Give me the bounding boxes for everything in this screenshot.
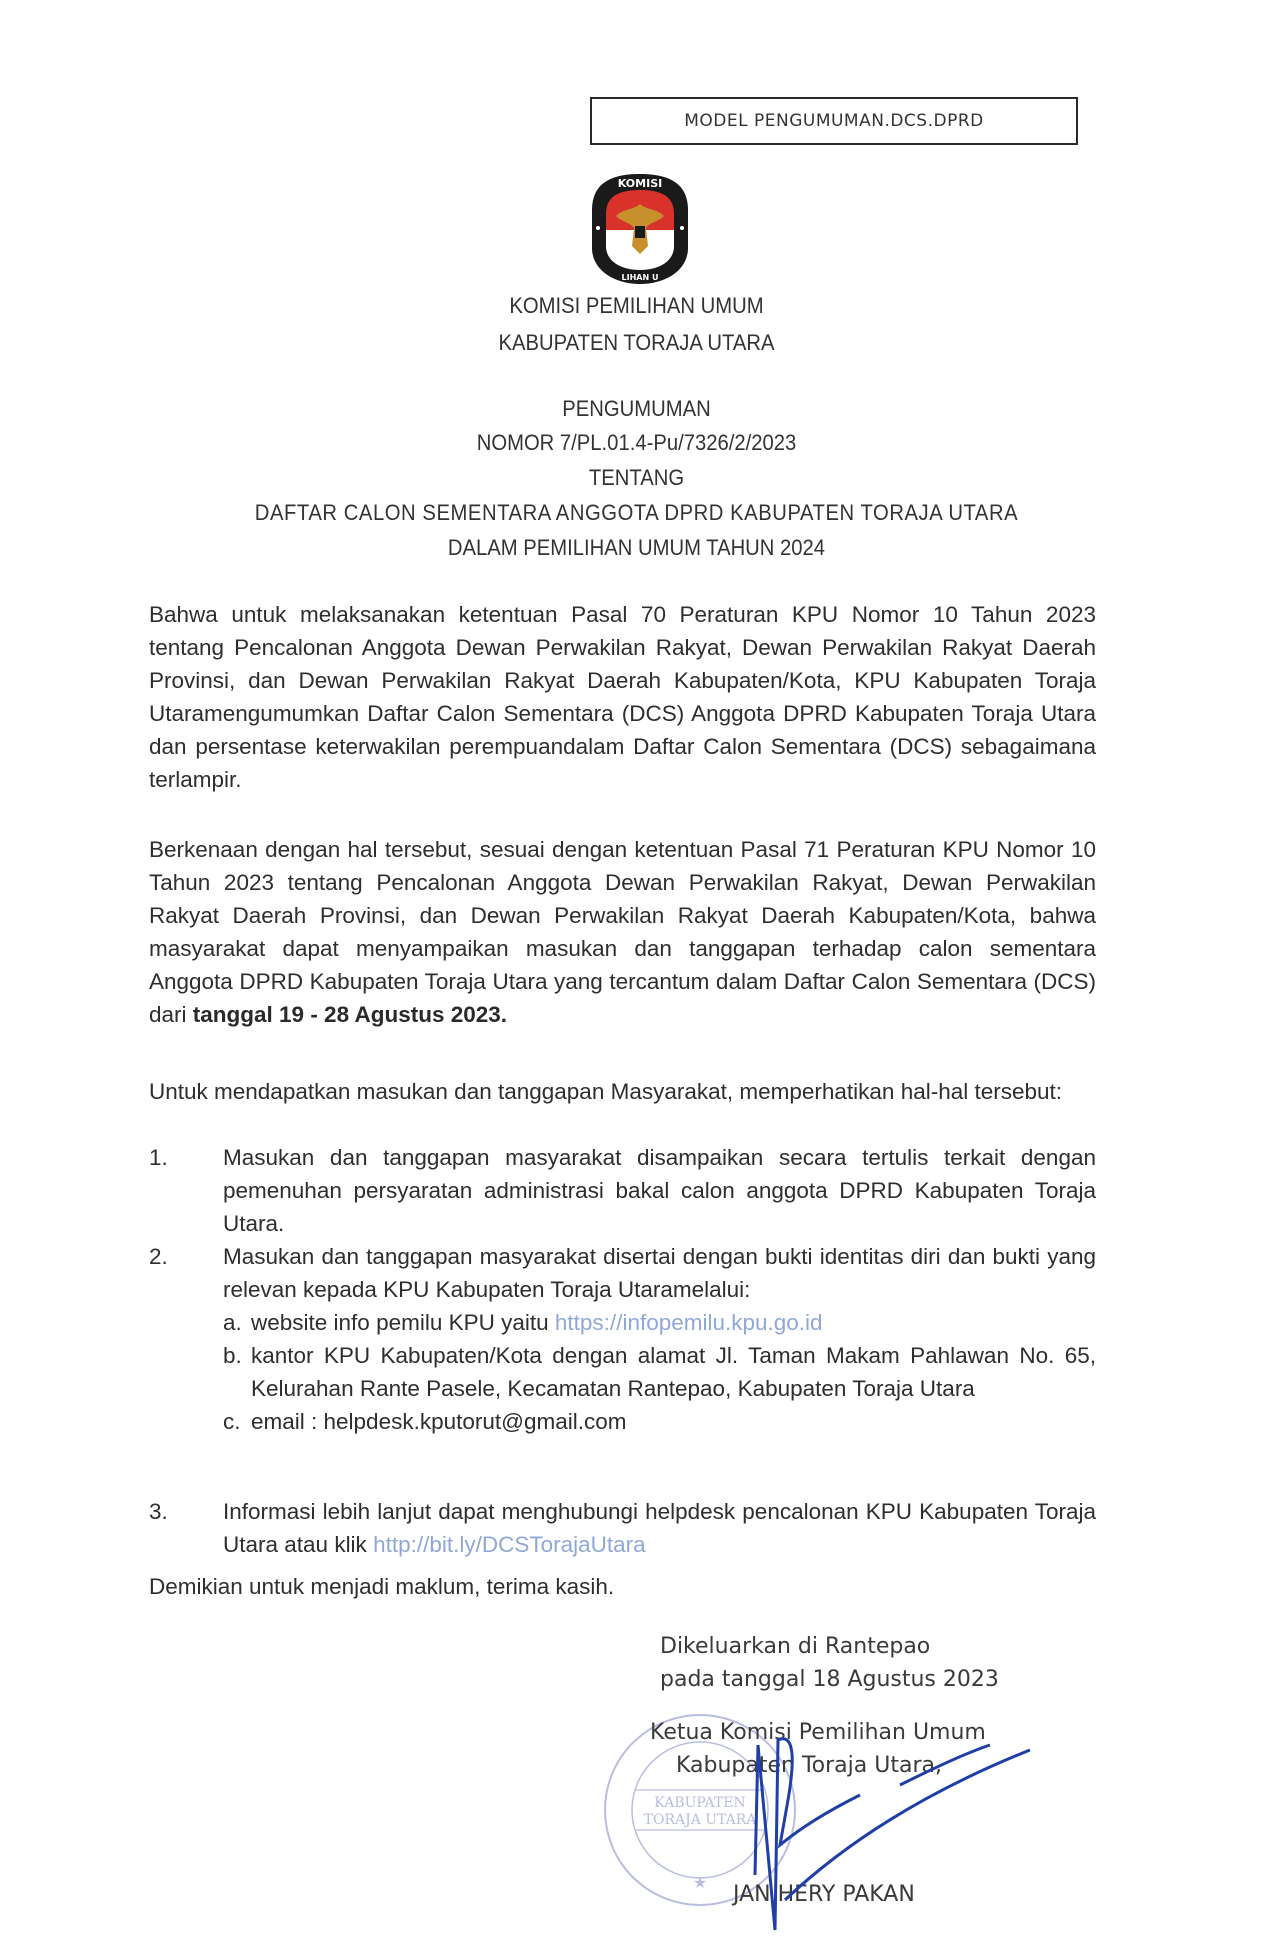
list-number: 2. <box>149 1240 168 1273</box>
model-label: MODEL PENGUMUMAN.DCS.DPRD <box>684 111 984 131</box>
svg-text:★: ★ <box>693 1873 707 1892</box>
infopemilu-link[interactable]: https://infopemilu.kpu.go.id <box>555 1310 823 1335</box>
document-number: NOMOR 7/PL.01.4-Pu/7326/2/2023 <box>51 430 1222 456</box>
sub-letter: c. <box>223 1405 241 1438</box>
closing-sentence: Demikian untuk menjadi maklum, terima ka… <box>149 1574 614 1600</box>
svg-text:LIHAN U: LIHAN U <box>622 273 659 282</box>
sub-letter: a. <box>223 1306 242 1339</box>
list-item-1: 1. Masukan dan tanggapan masyarakat disa… <box>149 1141 1096 1240</box>
paragraph-2: Berkenaan dengan hal tersebut, sesuai de… <box>149 833 1096 1031</box>
sub-item-text: website info pemilu KPU yaitu <box>251 1310 555 1335</box>
subject-line2: DALAM PEMILIHAN UMUM TAHUN 2024 <box>51 535 1222 561</box>
org-name-line2: KABUPATEN TORAJA UTARA <box>51 330 1222 356</box>
svg-text:KABUPATEN: KABUPATEN <box>654 1795 745 1811</box>
org-name-line1: KOMISI PEMILIHAN UMUM <box>51 293 1222 319</box>
list-item-text: Masukan dan tanggapan masyarakat disampa… <box>223 1145 1096 1236</box>
subject-line1: DAFTAR CALON SEMENTARA ANGGOTA DPRD KABU… <box>51 500 1222 526</box>
list-item-2: 2. Masukan dan tanggapan masyarakat dise… <box>149 1240 1096 1438</box>
paragraph-1: Bahwa untuk melaksanakan ketentuan Pasal… <box>149 598 1096 796</box>
kpu-emblem-icon: KOMISI LIHAN U <box>584 170 696 288</box>
about-label: TENTANG <box>51 465 1222 491</box>
paragraph-3-text: Untuk mendapatkan masukan dan tanggapan … <box>149 1075 1096 1108</box>
sub-item-text: kantor KPU Kabupaten/Kota dengan alamat … <box>251 1343 1096 1401</box>
model-label-box: MODEL PENGUMUMAN.DCS.DPRD <box>590 97 1078 145</box>
list-number: 3. <box>149 1495 168 1528</box>
sub-item-c: c. email : helpdesk.kputorut@gmail.com <box>223 1405 1096 1438</box>
sub-item-a: a. website info pemilu KPU yaitu https:/… <box>223 1306 1096 1339</box>
paragraph-2-main: Berkenaan dengan hal tersebut, sesuai de… <box>149 837 1096 1027</box>
document-title: PENGUMUMAN <box>51 396 1222 422</box>
issued-date: pada tanggal 18 Agustus 2023 <box>660 1667 999 1692</box>
bitly-link[interactable]: http://bit.ly/DCSTorajaUtara <box>373 1532 646 1557</box>
sub-item-b: b. kantor KPU Kabupaten/Kota dengan alam… <box>223 1339 1096 1405</box>
list-item-text: Informasi lebih lanjut dapat menghubungi… <box>223 1499 1096 1557</box>
sub-letter: b. <box>223 1339 242 1372</box>
list-number: 1. <box>149 1141 168 1174</box>
issued-place: Dikeluarkan di Rantepao <box>660 1634 930 1659</box>
paragraph-1-text: Bahwa untuk melaksanakan ketentuan Pasal… <box>149 598 1096 796</box>
email-text: email : helpdesk.kputorut@gmail.com <box>251 1409 627 1434</box>
paragraph-3: Untuk mendapatkan masukan dan tanggapan … <box>149 1075 1096 1108</box>
paragraph-2-text: Berkenaan dengan hal tersebut, sesuai de… <box>149 833 1096 1031</box>
handwritten-signature-icon <box>740 1700 1040 1940</box>
list-item-3: 3. Informasi lebih lanjut dapat menghubu… <box>149 1495 1096 1561</box>
list-item-text: Masukan dan tanggapan masyarakat diserta… <box>223 1244 1096 1302</box>
consultation-period: tanggal 19 - 28 Agustus 2023. <box>193 1002 507 1027</box>
svg-text:KOMISI: KOMISI <box>618 177 662 190</box>
document-page: MODEL PENGUMUMAN.DCS.DPRD KOMISI LIHAN U… <box>0 0 1273 1951</box>
